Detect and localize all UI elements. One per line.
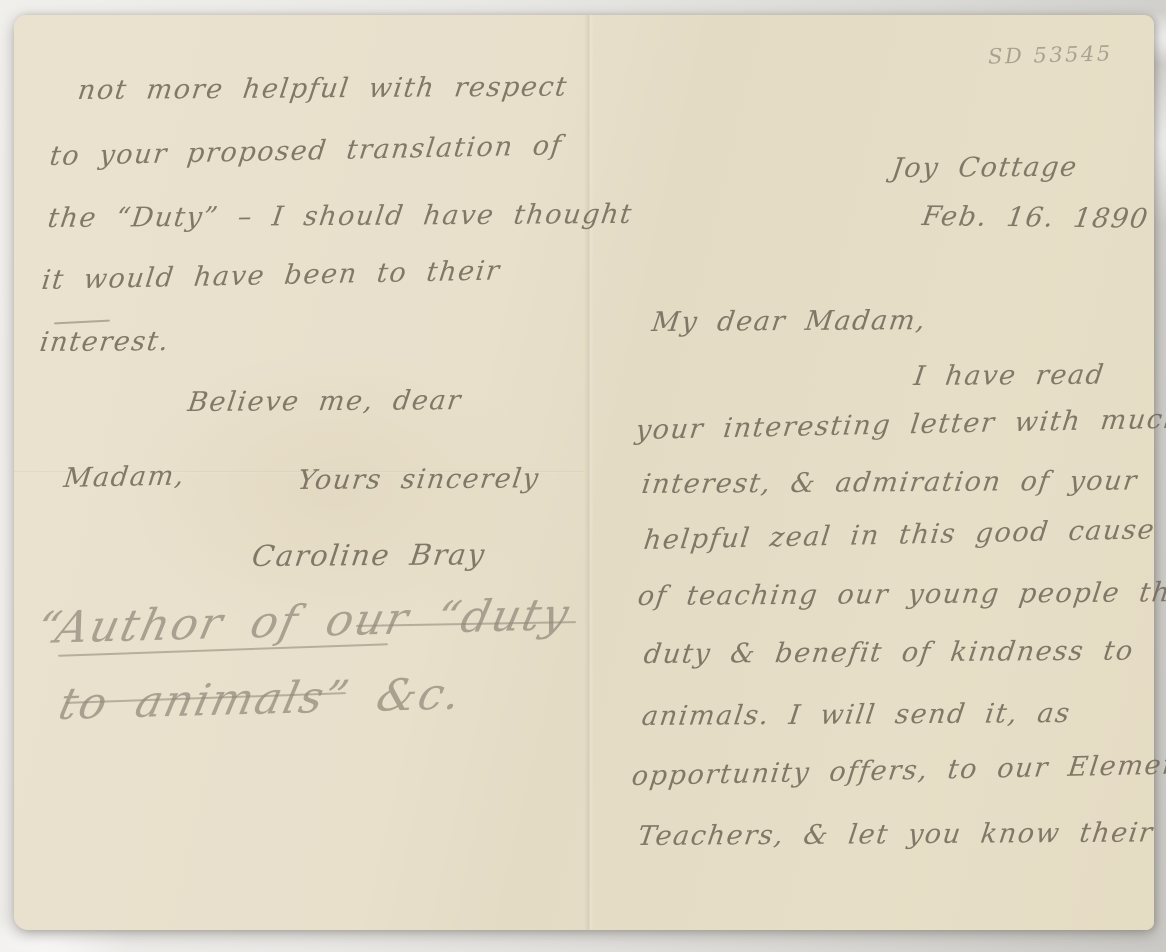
handwriting-line: interest, & admiration of your <box>640 466 1140 500</box>
closing-line: Believe me, dear <box>186 385 464 418</box>
handwriting-line: I have read <box>912 360 1107 392</box>
letterhead-place: Joy Cottage <box>890 152 1080 184</box>
handwriting-line: animals. I will send it, as <box>640 698 1073 732</box>
valediction: Yours sincerely <box>296 463 542 496</box>
photo-background: SD 53545 not more helpful with respect t… <box>0 0 1166 952</box>
handwriting-line: Teachers, & let you know their <box>636 817 1156 852</box>
handwriting-line: interest. <box>38 326 172 358</box>
center-fold <box>584 15 594 930</box>
letterhead-date: Feb. 16. 1890 <box>920 201 1151 235</box>
handwriting-line: it would have been to their <box>40 255 502 296</box>
catalog-number: SD 53545 <box>988 41 1113 68</box>
handwriting-line: duty & benefit of kindness to <box>642 636 1136 670</box>
signature: Caroline Bray <box>250 537 488 573</box>
salutation: My dear Madam, <box>650 305 928 338</box>
letter-sheet: SD 53545 not more helpful with respect t… <box>14 15 1154 930</box>
handwriting-line: not more helpful with respect <box>76 72 570 106</box>
flourish-stroke <box>54 320 110 325</box>
handwriting-line: of teaching our young people the <box>636 577 1166 612</box>
handwriting-line: your interesting letter with much <box>634 404 1166 446</box>
handwriting-line: to your proposed translation of <box>48 130 564 172</box>
closing-word: Madam, <box>62 460 187 494</box>
handwriting-line: opportunity offers, to our Elementary <box>630 748 1166 792</box>
handwriting-line: the “Duty” – I should have thought <box>46 199 635 234</box>
handwriting-line: helpful zeal in this good cause <box>642 514 1157 556</box>
